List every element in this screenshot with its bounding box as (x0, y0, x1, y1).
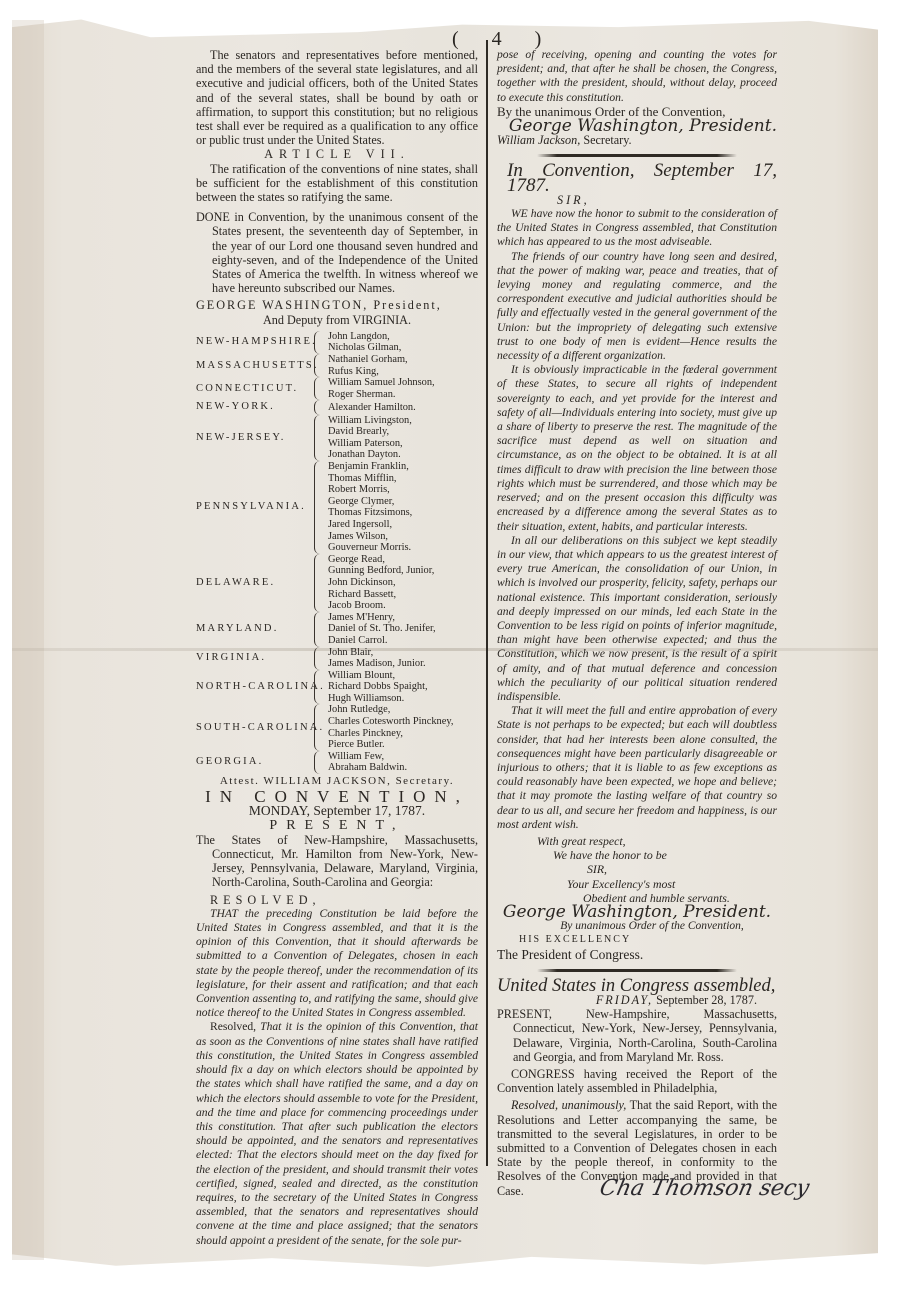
right-column: pose of receiving, opening and counting … (497, 48, 777, 1198)
done-paragraph: DONE in Convention, by the unanimous con… (196, 210, 478, 295)
article-text: The ratification of the conventions of n… (196, 162, 478, 205)
oath-paragraph: The senators and representatives before … (196, 48, 478, 147)
state-name: VIRGINIA. (196, 651, 314, 665)
signer-name: Daniel of St. Tho. Jenifer, (328, 623, 436, 635)
letter-paragraph: The friends of our country have long see… (497, 250, 777, 364)
column-divider (486, 40, 488, 1166)
signer-names: Benjamin Franklin,Thomas Mifflin,Robert … (328, 461, 412, 554)
signer-group: PENNSYLVANIA.Benjamin Franklin,Thomas Mi… (196, 461, 478, 554)
state-name: GEORGIA. (196, 755, 314, 769)
signer-names: John Langdon,Nicholas Gilman, (328, 331, 401, 354)
secretary-title: Secretary. (580, 133, 631, 147)
signer-group: GEORGIA.William Few,Abraham Baldwin. (196, 751, 478, 774)
left-column: The senators and representatives before … (196, 48, 478, 1248)
signer-group: NORTH-CAROLINA.William Blount,Richard Do… (196, 670, 478, 705)
signer-names: Nathaniel Gorham,Rufus King, (328, 354, 408, 377)
state-name: SOUTH-CAROLINA. (196, 721, 314, 735)
signer-names: James M'Henry,Daniel of St. Tho. Jenifer… (328, 612, 436, 647)
letter-paragraph: In all our deliberations on this subject… (497, 534, 777, 704)
brace-icon (314, 377, 325, 400)
signer-names: John Blair,James Madison, Junior. (328, 647, 426, 670)
signer-group: NEW-HAMPSHIRE.John Langdon,Nicholas Gilm… (196, 331, 478, 354)
brace-icon (314, 400, 325, 414)
signer-name: Nicholas Gilman, (328, 342, 401, 354)
congress-received: CONGRESS having received the Report of t… (497, 1067, 777, 1095)
signer-name: Abraham Baldwin. (328, 762, 407, 774)
divider-rule (537, 154, 737, 157)
state-name: PENNSYLVANIA. (196, 500, 314, 514)
brace-icon (314, 612, 325, 647)
continuation-text: pose of receiving, opening and counting … (497, 48, 777, 105)
signer-name: Daniel Carrol. (328, 635, 436, 647)
signers-list: NEW-HAMPSHIRE.John Langdon,Nicholas Gilm… (196, 331, 478, 774)
signer-name: Thomas Mifflin, (328, 473, 412, 485)
signer-name: John Rutledge, (328, 704, 453, 716)
president-signature: George Washington, President. (497, 119, 777, 133)
signer-name: James Madison, Junior. (328, 658, 426, 670)
state-name: NEW-JERSEY. (196, 431, 314, 445)
attest-line: Attest. WILLIAM JACKSON, Secretary. (196, 774, 478, 788)
signer-name: Jacob Broom. (328, 600, 434, 612)
signer-name: William Blount, (328, 670, 428, 682)
signer-name: Rufus King, (328, 366, 408, 378)
signer-group: CONNECTICUT.William Samuel Johnson,Roger… (196, 377, 478, 400)
signer-names: Alexander Hamilton. (328, 402, 416, 414)
signer-name: William Few, (328, 751, 407, 763)
signer-name: Alexander Hamilton. (328, 402, 416, 414)
signer-names: William Samuel Johnson,Roger Sherman. (328, 377, 435, 400)
signer-name: Roger Sherman. (328, 389, 435, 401)
signer-name: Jared Ingersoll, (328, 519, 412, 531)
letter-body: WE have now the honor to submit to the c… (497, 207, 777, 832)
brace-icon (314, 354, 325, 377)
signer-name: David Brearly, (328, 426, 412, 438)
present-heading: PRESENT, (196, 819, 478, 833)
brace-icon (314, 331, 325, 354)
signer-name: John Dickinson, (328, 577, 434, 589)
brace-icon (314, 461, 325, 554)
president-line: GEORGE WASHINGTON, President, (196, 298, 478, 312)
signer-names: William Blount,Richard Dobbs Spaight,Hug… (328, 670, 428, 705)
congress-present: PRESENT, New-Hampshire, Massachusetts, C… (497, 1007, 777, 1064)
signer-names: William Livingston,David Brearly,William… (328, 415, 412, 461)
closing-line: Your Excellency's most (497, 877, 777, 891)
congress-heading: United States in Congress assembled, (497, 979, 777, 993)
brace-icon (314, 670, 325, 705)
signer-names: John Rutledge,Charles Cotesworth Pinckne… (328, 704, 453, 750)
state-name: MASSACHUSETTS. (196, 359, 314, 373)
signer-name: William Paterson, (328, 438, 412, 450)
brace-icon (314, 415, 325, 461)
closing-signature: George Washington, President. (497, 905, 777, 919)
state-name: DELAWARE. (196, 576, 314, 590)
letter-paragraph: WE have now the honor to submit to the c… (497, 207, 777, 250)
state-name: NEW-HAMPSHIRE. (196, 335, 314, 349)
addressee: The President of Congress. (497, 948, 777, 962)
brace-icon (314, 647, 325, 670)
signer-name: Hugh Williamson. (328, 693, 428, 705)
congress-resolved-lead: Resolved, unanimously, (511, 1098, 626, 1112)
addressee-title: HIS EXCELLENCY (497, 933, 777, 947)
signer-group: SOUTH-CAROLINA.John Rutledge,Charles Cot… (196, 704, 478, 750)
signer-names: George Read,Gunning Bedford, Junior,John… (328, 554, 434, 612)
letter-paragraph: It is obviously impracticable in the fœd… (497, 363, 777, 533)
state-name: NEW-YORK. (196, 400, 314, 414)
handwritten-signature: Cha Thomson secy (597, 1176, 811, 1201)
brace-icon (314, 704, 325, 750)
signer-name: William Samuel Johnson, (328, 377, 435, 389)
article-heading: ARTICLE VII. (196, 147, 478, 161)
closing-line: With great respect, (497, 834, 777, 848)
present-text: The States of New-Hampshire, Massachuset… (196, 833, 478, 890)
letter-heading: In Convention, September 17, 1787. (497, 164, 777, 192)
resolved-text-1: THAT the preceding Constitution be laid … (196, 907, 478, 1021)
state-name: MARYLAND. (196, 622, 314, 636)
brace-icon (314, 554, 325, 612)
signer-name: John Langdon, (328, 331, 401, 343)
signer-name: James M'Henry, (328, 612, 436, 624)
congress-date: September 28, 1787. (653, 993, 757, 1007)
signer-group: DELAWARE.George Read,Gunning Bedford, Ju… (196, 554, 478, 612)
signer-name: John Blair, (328, 647, 426, 659)
signer-names: William Few,Abraham Baldwin. (328, 751, 407, 774)
signer-name: Charles Cotesworth Pinckney, (328, 716, 453, 728)
brace-icon (314, 751, 325, 774)
signer-name: Richard Dobbs Spaight, (328, 681, 428, 693)
divider-rule (537, 969, 737, 972)
signer-name: Gunning Bedford, Junior, (328, 565, 434, 577)
resolved-heading: RESOLVED, (210, 893, 478, 907)
signer-group: NEW-JERSEY.William Livingston,David Brea… (196, 415, 478, 461)
signer-name: George Read, (328, 554, 434, 566)
signer-name: Richard Bassett, (328, 589, 434, 601)
signer-name: Nathaniel Gorham, (328, 354, 408, 366)
resolved-text-2: That it is the opinion of this Conventio… (196, 1020, 478, 1246)
in-convention-heading: IN CONVENTION, (196, 790, 478, 804)
congress-day: FRIDAY, (596, 993, 653, 1007)
signer-name: William Livingston, (328, 415, 412, 427)
state-name: NORTH-CAROLINA. (196, 680, 314, 694)
deputy-line: And Deputy from VIRGINIA. (196, 313, 478, 327)
signer-name: Benjamin Franklin, (328, 461, 412, 473)
binding-edge (12, 20, 44, 1260)
signer-name: James Wilson, (328, 531, 412, 543)
signer-name: Robert Morris, (328, 484, 412, 496)
signer-group: NEW-YORK.Alexander Hamilton. (196, 400, 478, 414)
signer-group: VIRGINIA.John Blair,James Madison, Junio… (196, 647, 478, 670)
letter-paragraph: That it will meet the full and entire ap… (497, 704, 777, 832)
resolved-lead: Resolved, (210, 1020, 256, 1033)
signer-name: Thomas Fitzsimons, (328, 507, 412, 519)
signer-group: MARYLAND.James M'Henry,Daniel of St. Tho… (196, 612, 478, 647)
signer-name: Jonathan Dayton. (328, 449, 412, 461)
signer-name: Gouverneur Morris. (328, 542, 412, 554)
letter-closing: With great respect,We have the honor to … (497, 834, 777, 905)
state-name: CONNECTICUT. (196, 382, 314, 396)
closing-line: We have the honor to be (497, 848, 777, 862)
signer-name: George Clymer, (328, 496, 412, 508)
signer-name: Pierce Butler. (328, 739, 453, 751)
date-line: MONDAY, September 17, 1787. (196, 804, 478, 818)
signer-group: MASSACHUSETTS.Nathaniel Gorham,Rufus Kin… (196, 354, 478, 377)
signer-name: Charles Pinckney, (328, 728, 453, 740)
secretary-name: William Jackson, (497, 133, 580, 147)
closing-line: SIR, (497, 862, 777, 876)
